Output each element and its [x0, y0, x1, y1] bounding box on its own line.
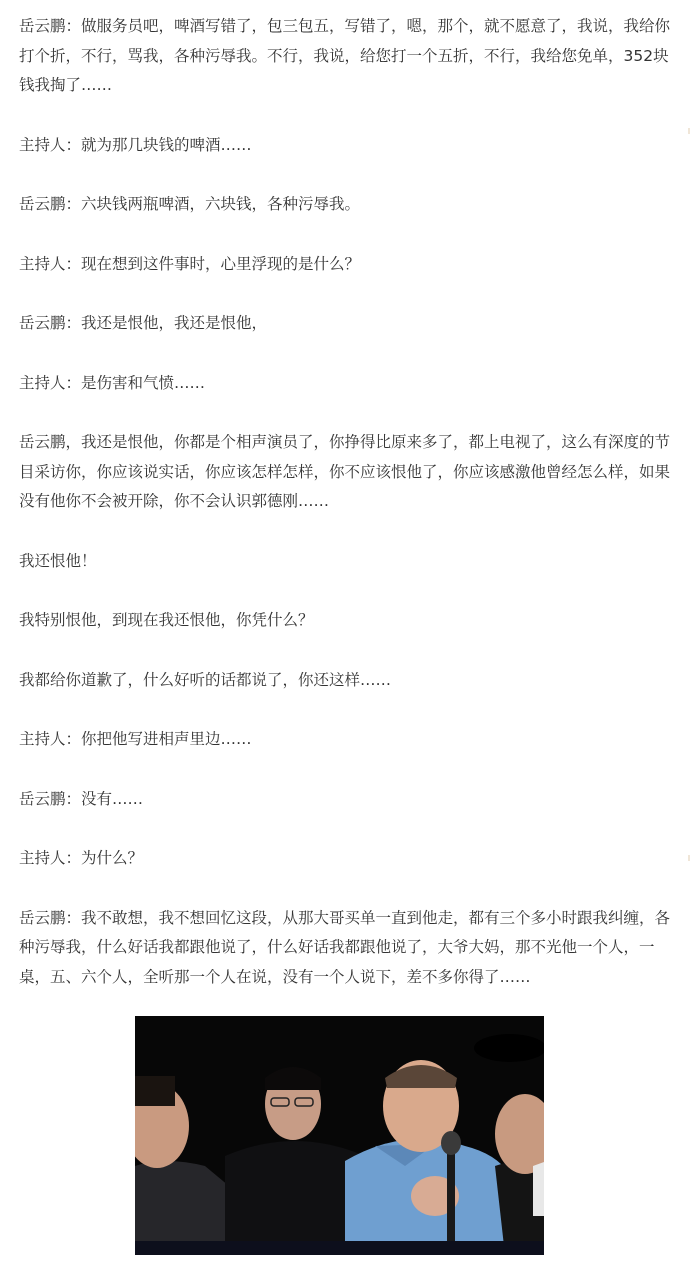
- paragraph-12: 岳云鹏：没有……: [19, 785, 671, 815]
- article-body: 岳云鹏：做服务员吧，啤酒写错了，包三包五，写错了，嗯，那个，就不愿意了，我说，我…: [19, 12, 671, 1022]
- paragraph-5: 岳云鹏：我还是恨他，我还是恨他，: [19, 309, 671, 339]
- paragraph-11: 主持人：你把他写进相声里边……: [19, 725, 671, 755]
- stage-photo: [135, 1016, 544, 1255]
- paragraph-14: 岳云鹏：我不敢想，我不想回忆这段，从那大哥买单一直到他走，都有三个多小时跟我纠缠…: [19, 904, 671, 993]
- paragraph-13: 主持人：为什么？: [19, 844, 671, 874]
- paragraph-6: 主持人：是伤害和气愤……: [19, 369, 671, 399]
- stage-photo-illustration: [135, 1016, 544, 1255]
- paragraph-8: 我还恨他！: [19, 547, 671, 577]
- paragraph-7: 岳云鹏，我还是恨他，你都是个相声演员了，你挣得比原来多了，都上电视了，这么有深度…: [19, 428, 671, 517]
- paragraph-9: 我特别恨他，到现在我还恨他，你凭什么？: [19, 606, 671, 636]
- paragraph-3: 岳云鹏：六块钱两瓶啤酒，六块钱，各种污辱我。: [19, 190, 671, 220]
- paragraph-1: 岳云鹏：做服务员吧，啤酒写错了，包三包五，写错了，嗯，那个，就不愿意了，我说，我…: [19, 12, 671, 101]
- paragraph-10: 我都给你道歉了，什么好听的话都说了，你还这样……: [19, 666, 671, 696]
- paragraph-2: 主持人：就为那几块钱的啤酒……: [19, 131, 671, 161]
- paragraph-4: 主持人：现在想到这件事时，心里浮现的是什么？: [19, 250, 671, 280]
